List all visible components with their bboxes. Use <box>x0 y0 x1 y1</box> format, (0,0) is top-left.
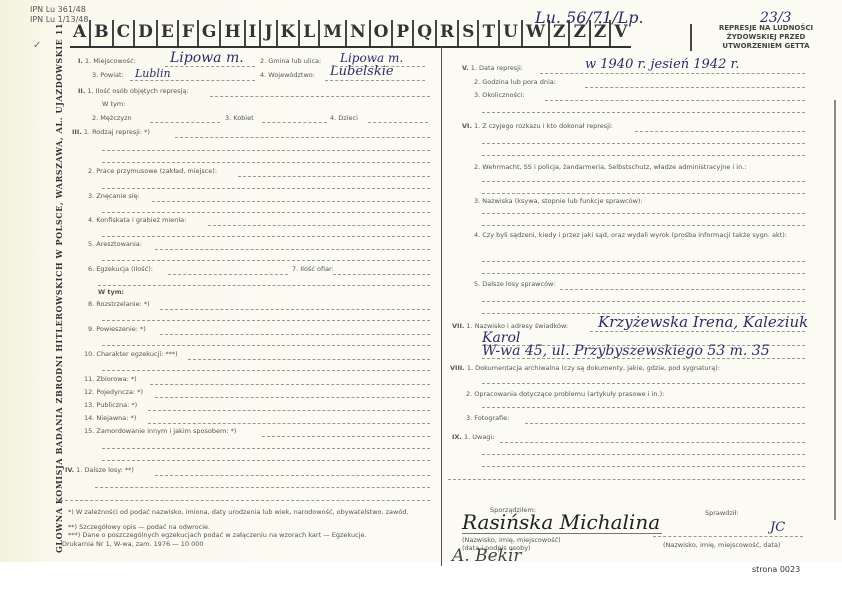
fill-in-line <box>98 285 430 286</box>
label-w-tym-2: W tym: <box>98 288 124 296</box>
commission-side-text: GLOWNA KOMISJA BADANIA ZBRODNI HITLEROWS… <box>54 23 64 553</box>
label-swiadkowie: 1. Nazwisko i adresy świadków: <box>466 322 568 330</box>
value-gmina: Lipowa m. <box>340 51 403 65</box>
fill-in-line <box>482 193 805 194</box>
alphabet-letter: S <box>459 20 479 46</box>
fill-in-line <box>482 383 805 384</box>
label-wojewodztwo: 4. Województwo: <box>260 71 315 79</box>
fill-in-line <box>155 249 430 250</box>
fill-in-line <box>482 213 805 214</box>
label-dalsze-losy: 1. Dalsze losy: **) <box>76 466 134 474</box>
fill-in-line <box>462 533 662 534</box>
form-title: REPRESJE NA LUDNOŚCI ŻYDOWSKIEJ PRZED UT… <box>690 24 836 51</box>
fill-in-line <box>102 345 430 346</box>
label-dalsze-losy-sprawcow: 5. Dalsze losy sprawców: <box>474 280 555 288</box>
fill-in-line <box>175 137 430 138</box>
fill-in-line <box>148 423 430 424</box>
label-dzieci: 4. Dzieci <box>330 114 358 122</box>
alphabet-letter: K <box>278 20 301 46</box>
section-2-number: II. <box>78 87 85 95</box>
alphabet-letter: N <box>347 20 371 46</box>
fill-in-line <box>560 289 805 290</box>
label-egzekucja: 6. Egzekucja (Ilość): <box>88 265 153 273</box>
footnote-2: **) Szczegółowy opis — podać na odwrocie… <box>68 523 210 531</box>
right-border <box>834 100 836 520</box>
alphabet-letter: A <box>70 20 91 46</box>
fill-in-line <box>188 359 430 360</box>
fill-in-line <box>102 260 430 261</box>
section-9-number: IX. <box>452 433 462 441</box>
alphabet-letter: I <box>246 20 262 46</box>
fill-in-line <box>482 454 805 455</box>
fill-in-line <box>482 225 805 226</box>
fill-in-line <box>102 188 430 189</box>
alphabet-letter: D <box>135 20 158 46</box>
fill-in-line <box>482 407 805 408</box>
label-ilosc-osob: 1. Ilość osób objętych represją: <box>87 87 188 95</box>
label-ilosc-ofiar: 7. Ilość ofiar: <box>292 265 334 273</box>
section-5-number: V. <box>462 64 469 72</box>
fill-in-line <box>60 500 430 501</box>
alphabet-letter: T <box>479 20 500 46</box>
fill-in-line <box>482 261 805 262</box>
section-7-number: VII. <box>452 322 464 330</box>
check-mark-icon: ✓ <box>33 40 41 51</box>
label-uwagi: 1. Uwagi: <box>464 433 494 441</box>
alphabet-letter: O <box>371 20 394 46</box>
fill-in-line <box>325 80 425 81</box>
label-mezczyzn: 2. Mężczyzn <box>92 114 132 122</box>
label-prace-przymusowe: 2. Prace przymusowe (zakład, miejsce): <box>88 167 217 175</box>
fill-in-line <box>165 66 255 67</box>
value-miejscowosc: Lipowa m. <box>170 50 244 66</box>
label-publiczna: 13. Publiczna: *) <box>84 401 137 409</box>
label-znecanie: 3. Znęcanie się: <box>88 192 140 200</box>
witness-line-3: W-wa 45, ul. Przybyszewskiego 53 m. 35 <box>482 343 770 359</box>
alphabet-letter: C <box>114 20 136 46</box>
label-powieszenie: 9. Powieszenie: *) <box>88 325 146 333</box>
column-divider <box>441 46 442 566</box>
alphabet-letter: B <box>91 20 113 46</box>
fill-in-line <box>102 448 430 449</box>
caption-recorder-1: (Nazwisko, imię, miejscowość) <box>462 536 561 544</box>
fill-in-line <box>653 536 803 537</box>
fill-in-line <box>482 301 805 302</box>
fill-in-line <box>482 181 805 182</box>
witness-line-1: Krzyżewska Irena, Kaleziuk <box>598 313 808 331</box>
fill-in-line <box>482 466 805 467</box>
label-z-czyjego-rozkazu: 1. Z czyjego rozkazu i kto dokonał repre… <box>474 122 613 130</box>
label-kobiet: 3. Kobiet <box>225 114 254 122</box>
alphabet-letter: R <box>437 20 459 46</box>
fill-in-line <box>262 122 327 123</box>
fill-in-line <box>102 460 430 461</box>
alphabet-letter: Q <box>414 20 437 46</box>
fill-in-line <box>102 212 430 213</box>
label-okolicznosci: 3. Okoliczności: <box>474 91 525 99</box>
fill-in-line <box>102 162 430 163</box>
archive-ref-1: IPN Lu 361/48 <box>30 5 86 14</box>
fill-in-line <box>238 176 430 177</box>
page-mark: 23/3 <box>760 10 791 26</box>
section-6-number: VI. <box>462 122 472 130</box>
label-godzina: 2. Godzina lub pora dnia: <box>474 78 556 86</box>
label-zbiorowa: 11. Zbiorowa: *) <box>84 375 137 383</box>
label-nazwiska-sprawcow: 3. Nazwiska (ksywa, stopnie lub funkcje … <box>474 197 643 205</box>
fill-in-line <box>482 273 805 274</box>
label-gmina: 2. Gmina lub ulica: <box>260 57 321 65</box>
section-1-number: I. <box>78 57 83 65</box>
label-sprawdzil: Sprawdził: <box>705 509 739 517</box>
value-data-represji: w 1940 r. jesień 1942 r. <box>585 57 739 72</box>
section-3-number: III. <box>72 128 82 136</box>
fill-in-line <box>525 423 805 424</box>
printer-note: Drukarnia Nr 1, W-wa, zam. 1976 — 10 000 <box>62 540 204 548</box>
label-wehrmacht: 2. Wehrmacht, SS i policja, żandarmeria,… <box>474 163 746 171</box>
fill-in-line <box>545 100 805 101</box>
alphabet-letter: L <box>300 20 320 46</box>
label-konfiskata: 4. Konfiskata i grabież mienia: <box>88 216 186 224</box>
label-data-represji: 1. Data represji: <box>471 64 523 72</box>
page-label: strona 0023 <box>752 565 800 574</box>
fill-in-line <box>500 442 805 443</box>
case-number: Lu. 56/71/Lp. <box>535 8 644 27</box>
label-czy-sadzeni: 4. Czy byli sądzeni, kiedy i przez jaki … <box>474 231 804 240</box>
fill-in-line <box>448 479 805 480</box>
fill-in-line <box>102 320 430 321</box>
fill-in-line <box>102 236 430 237</box>
alphabet-letter: U <box>500 20 523 46</box>
fill-in-line <box>150 122 220 123</box>
footnote-3: ***) Dane o poszczególnych egzekucjach p… <box>68 531 367 539</box>
alphabet-letter: G <box>199 20 222 46</box>
label-rozstrzelanie: 8. Rozstrzelanie: *) <box>88 300 150 308</box>
fill-in-line <box>482 155 805 156</box>
fill-in-line <box>210 96 430 97</box>
fill-in-line <box>482 143 805 144</box>
alphabet-letter: M <box>320 20 347 46</box>
fill-in-line <box>150 384 430 385</box>
fill-in-line <box>130 80 255 81</box>
label-zamordowanie: 15. Zamordowanie innym i jakim sposobem:… <box>84 427 236 435</box>
fill-in-line <box>95 487 430 488</box>
label-rodzaj-represji: 1. Rodzaj represji: *) <box>84 128 150 136</box>
label-opracowania: 2. Opracowania dotyczące problemu (artyk… <box>466 390 664 398</box>
footnote-1: *) W zależności od podać nazwisko, imion… <box>68 508 409 516</box>
fill-in-line <box>160 334 430 335</box>
label-charakter-egzekucji: 10. Charakter egzekucji: ***) <box>84 350 178 358</box>
fill-in-line <box>155 475 430 476</box>
fill-in-line <box>262 436 430 437</box>
signature-checked: A. Bekir <box>452 546 522 566</box>
label-dokumentacja: 1. Dokumentacja archiwalna (czy są dokum… <box>467 364 720 372</box>
section-8-number: VIII. <box>450 364 465 372</box>
fill-in-line <box>168 274 288 275</box>
initials: JC <box>770 520 785 535</box>
alphabet-letter: H <box>221 20 245 46</box>
fill-in-line <box>155 397 430 398</box>
fill-in-line <box>585 87 805 88</box>
fill-in-line <box>102 370 430 371</box>
label-miejscowosc: 1. Miejscowość: <box>85 57 136 65</box>
fill-in-line <box>152 201 430 202</box>
value-powiat: Lublin <box>135 67 171 80</box>
label-w-tym-1: W tym: <box>102 100 125 108</box>
signature-recorder: Rasińska Michalina <box>462 510 660 534</box>
fill-in-line <box>635 131 805 132</box>
label-fotografie: 3. Fotografie: <box>466 414 509 422</box>
caption-checker: (Nazwisko, imię, miejscowość, data) <box>663 541 780 549</box>
fill-in-line <box>208 225 430 226</box>
fill-in-line <box>540 73 805 74</box>
fill-in-line <box>333 274 430 275</box>
fill-in-line <box>148 410 430 411</box>
label-pojedyncza: 12. Pojedyncza: *) <box>84 388 143 396</box>
fill-in-line <box>368 122 428 123</box>
scan-margin <box>0 562 842 595</box>
alphabet-letter: E <box>158 20 179 46</box>
fill-in-line <box>102 150 430 151</box>
fill-in-line <box>482 112 805 113</box>
section-4-number: IV. <box>65 466 74 474</box>
fill-in-line <box>160 309 430 310</box>
label-niejawna: 14. Niejawna: *) <box>84 414 136 422</box>
alphabet-letter: J <box>261 20 277 46</box>
alphabet-letter: P <box>393 20 414 46</box>
label-powiat: 3. Powiat: <box>92 71 124 79</box>
value-wojewodztwo: Lubelskie <box>330 64 394 79</box>
alphabet-letter: F <box>179 20 199 46</box>
title-line-2: ŻYDOWSKIEJ PRZED <box>696 33 836 42</box>
title-line-3: UTWORZENIEM GETTA <box>696 42 836 51</box>
label-aresztowania: 5. Aresztowania: <box>88 240 142 248</box>
fill-in-line <box>590 331 805 332</box>
